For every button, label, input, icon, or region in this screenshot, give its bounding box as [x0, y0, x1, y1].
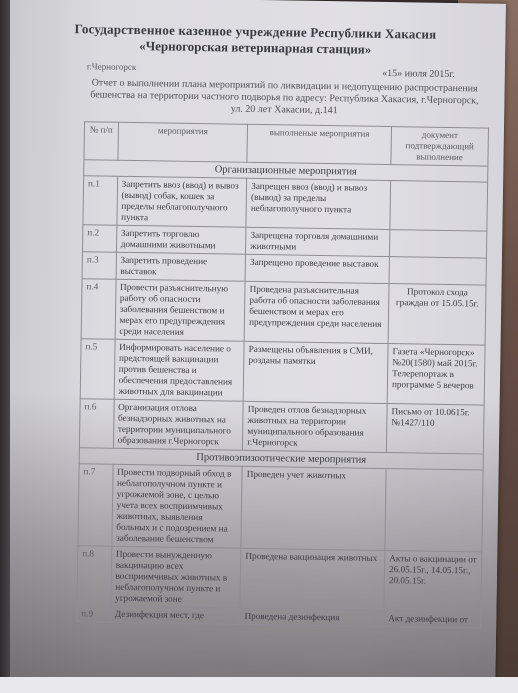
row-completed: Запрещена торговля домашними животными — [246, 227, 390, 256]
row-completed: Проведена дезинфекция — [240, 608, 384, 626]
background-edge — [0, 0, 10, 693]
table-row: п.4 Провести разъяснительную работу об о… — [81, 279, 486, 345]
table-row: п.5 Информировать население о предстояще… — [80, 339, 485, 405]
row-completed: Запрещено проведение выставок — [245, 254, 389, 283]
row-completed: Проведен учет животных — [241, 466, 386, 550]
row-completed: Запрещен ввоз (ввод) и вывоз (вывод) за … — [246, 178, 391, 229]
row-num: п.8 — [77, 546, 112, 607]
report-title: Отчет о выполнении плана мероприятий по … — [84, 77, 485, 119]
row-measure: Информировать население о предстоящей ва… — [114, 339, 244, 401]
row-num: п.6 — [79, 399, 113, 449]
background-surface-bottom — [0, 677, 518, 693]
row-document: Газета «Черногорск» №20(1580) май 2015г.… — [387, 344, 485, 406]
table-row: п.7 Провести подворный обход в неблагопо… — [78, 464, 483, 552]
row-num: п.3 — [82, 252, 116, 280]
document-page: Государственное казенное учреждение Респ… — [0, 0, 506, 686]
header-completed: выполненые мероприятия — [247, 124, 391, 164]
table-row: п.8 Провести вынужденную вакцинацию всех… — [77, 546, 482, 612]
row-document: Протокол схода граждан от 15.05.15г. — [388, 284, 486, 346]
row-document — [389, 257, 486, 286]
row-completed: Проведена разъяснительная работа об опас… — [244, 281, 389, 343]
row-num: п.1 — [83, 176, 117, 226]
document-date: «15» июля 2015г. — [382, 68, 455, 80]
row-document — [385, 469, 483, 553]
row-document: Акты о вакцинации от 26.05.15г., 14.05.1… — [384, 551, 482, 613]
row-measure: Запретить ввоз (ввод) и вывоз (вывод) со… — [117, 176, 247, 227]
row-num: п.7 — [78, 464, 113, 547]
row-completed: Размещены объявления в СМИ, розданы памя… — [243, 341, 388, 403]
table-row: п.1 Запретить ввоз (ввод) и вывоз (вывод… — [83, 176, 488, 231]
table-header-row: № п/п мероприятия выполненые мероприятия… — [84, 122, 489, 166]
row-completed: Проведена вакцинация животных — [240, 548, 385, 610]
row-measure: Провести вынужденную вакцинацию всех вос… — [111, 546, 241, 608]
row-measure: Провести разъяснительную работу об опасн… — [115, 279, 245, 341]
row-num: п.9 — [77, 606, 111, 623]
row-measure: Дезинфекция мест, где — [110, 606, 240, 624]
row-num: п.4 — [81, 279, 116, 340]
row-completed: Проведен отлов безнадзорных животных на … — [243, 401, 388, 452]
row-document — [390, 181, 488, 232]
table-row: п.6 Организация отлова безнадзорных живо… — [79, 399, 484, 454]
header-measures: мероприятия — [118, 122, 248, 162]
city-label: г.Черногорск — [87, 61, 137, 72]
header-num: № п/п — [84, 122, 118, 161]
row-document: Письмо от 10.0615г. №1427/110 — [386, 404, 484, 455]
row-measure: Организация отлова безнадзорных животных… — [113, 399, 243, 450]
row-measure: Запретить проведение выставок — [116, 252, 246, 281]
row-document: Акт дезинфекции от — [384, 611, 481, 629]
row-measure: Провести подворный обход в неблагополучн… — [112, 464, 243, 548]
header-document: документ подтверждающий выполнение — [391, 127, 489, 167]
measures-table: № п/п мероприятия выполненые мероприятия… — [76, 121, 489, 628]
row-num: п.2 — [82, 225, 116, 253]
row-measure: Запретить торговлю домашними животными — [116, 225, 246, 254]
row-num: п.5 — [80, 339, 115, 400]
row-document — [390, 230, 487, 259]
